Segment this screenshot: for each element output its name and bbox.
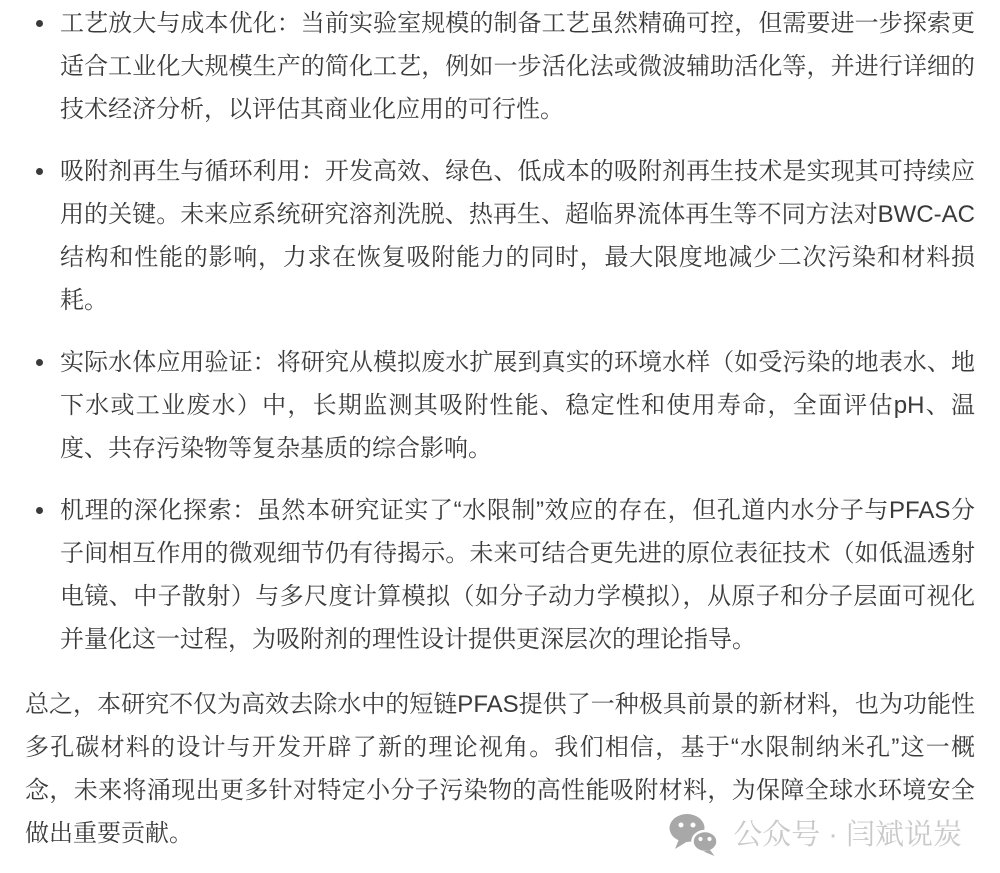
bullet-column (36, 2, 60, 131)
bullet-column (36, 150, 60, 322)
bullet-list: 工艺放大与成本优化：当前实验室规模的制备工艺虽然精确可控，但需要进一步探索更适合… (0, 2, 1000, 661)
bullet-icon (36, 507, 43, 514)
article-body: 工艺放大与成本优化：当前实验室规模的制备工艺虽然精确可控，但需要进一步探索更适合… (0, 0, 1000, 873)
list-item-text: 机理的深化探索：虽然本研究证实了“水限制”效应的存在，但孔道内水分子与PFAS分… (60, 489, 975, 661)
bullet-icon (36, 20, 43, 27)
list-item-text: 吸附剂再生与循环利用：开发高效、绿色、低成本的吸附剂再生技术是实现其可持续应用的… (60, 150, 975, 322)
bullet-icon (36, 359, 43, 366)
bullet-icon (36, 168, 43, 175)
watermark: 公众号 · 闫斌说炭 (669, 813, 962, 857)
list-item-text: 工艺放大与成本优化：当前实验室规模的制备工艺虽然精确可控，但需要进一步探索更适合… (60, 2, 975, 131)
list-item: 实际水体应用验证：将研究从模拟废水扩展到真实的环境水样（如受污染的地表水、地下水… (36, 341, 975, 470)
watermark-text: 公众号 · 闫斌说炭 (733, 821, 962, 850)
list-item: 吸附剂再生与循环利用：开发高效、绿色、低成本的吸附剂再生技术是实现其可持续应用的… (36, 150, 975, 322)
list-item: 工艺放大与成本优化：当前实验室规模的制备工艺虽然精确可控，但需要进一步探索更适合… (36, 2, 975, 131)
list-item: 机理的深化探索：虽然本研究证实了“水限制”效应的存在，但孔道内水分子与PFAS分… (36, 489, 975, 661)
list-item-text: 实际水体应用验证：将研究从模拟废水扩展到真实的环境水样（如受污染的地表水、地下水… (60, 341, 975, 470)
wechat-icon (669, 813, 719, 857)
bullet-column (36, 341, 60, 470)
bullet-column (36, 489, 60, 661)
